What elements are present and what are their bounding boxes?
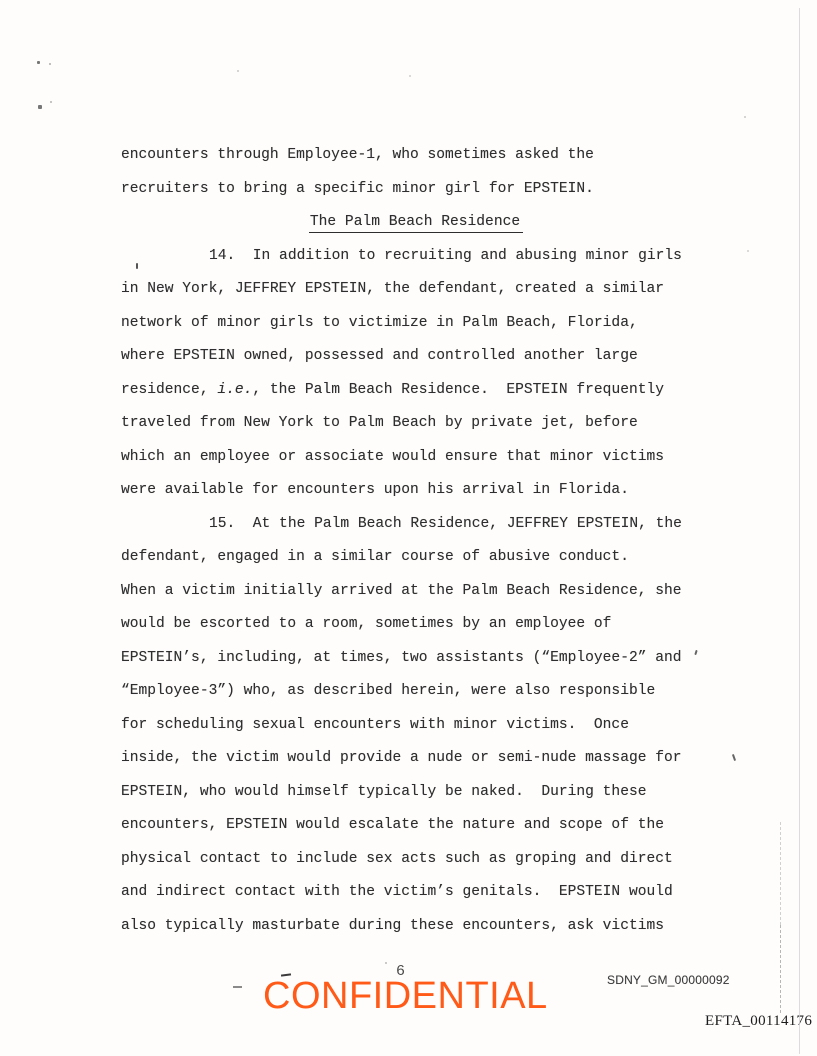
scan-speck <box>409 75 411 77</box>
scanned-document-page: encounters through Employee-1, who somet… <box>0 0 817 1056</box>
document-line: 14. In addition to recruiting and abusin… <box>121 240 701 274</box>
document-line: inside, the victim would provide a nude … <box>121 742 701 776</box>
bates-number: SDNY_GM_00000092 <box>607 973 730 987</box>
document-line: When a victim initially arrived at the P… <box>121 575 701 609</box>
document-line: for scheduling sexual encounters with mi… <box>121 709 701 743</box>
scan-speck <box>37 61 40 64</box>
pen-dash-mark <box>233 986 242 988</box>
scan-dashed-line-lower <box>780 925 781 1013</box>
document-line: and indirect contact with the victim’s g… <box>121 876 701 910</box>
document-line: traveled from New York to Palm Beach by … <box>121 407 701 441</box>
document-line: network of minor girls to victimize in P… <box>121 307 701 341</box>
document-line: “Employee-3”) who, as described herein, … <box>121 675 701 709</box>
document-line: in New York, JEFFREY EPSTEIN, the defend… <box>121 273 701 307</box>
scan-speck <box>49 63 51 65</box>
document-body: encounters through Employee-1, who somet… <box>121 139 701 943</box>
document-line: also typically masturbate during these e… <box>121 910 701 944</box>
document-line: EPSTEIN’s, including, at times, two assi… <box>121 642 701 676</box>
document-line: were available for encounters upon his a… <box>121 474 701 508</box>
document-line: EPSTEIN, who would himself typically be … <box>121 776 701 810</box>
document-line: residence, i.e., the Palm Beach Residenc… <box>121 374 701 408</box>
scan-speck <box>744 116 746 118</box>
scan-dashed-line-upper <box>780 822 781 925</box>
document-line: 15. At the Palm Beach Residence, JEFFREY… <box>121 508 701 542</box>
document-line: would be escorted to a room, sometimes b… <box>121 608 701 642</box>
document-line: where EPSTEIN owned, possessed and contr… <box>121 340 701 374</box>
scan-speck <box>50 101 52 103</box>
efta-bates-number: EFTA_00114176 <box>705 1013 812 1030</box>
scan-speck <box>747 250 749 252</box>
document-line: recruiters to bring a specific minor gir… <box>121 173 701 207</box>
section-heading: The Palm Beach Residence <box>121 206 701 240</box>
scan-speck <box>38 105 42 109</box>
document-line: encounters through Employee-1, who somet… <box>121 139 701 173</box>
page-edge-scan-line <box>799 8 800 1054</box>
scan-speck <box>136 263 138 269</box>
document-line: encounters, EPSTEIN would escalate the n… <box>121 809 701 843</box>
scan-speck <box>732 754 736 761</box>
scan-speck <box>237 70 239 72</box>
document-line: physical contact to include sex acts suc… <box>121 843 701 877</box>
document-line: defendant, engaged in a similar course o… <box>121 541 701 575</box>
confidential-stamp: CONFIDENTIAL <box>263 977 548 1015</box>
document-line: which an employee or associate would ens… <box>121 441 701 475</box>
scan-speck <box>385 962 387 964</box>
